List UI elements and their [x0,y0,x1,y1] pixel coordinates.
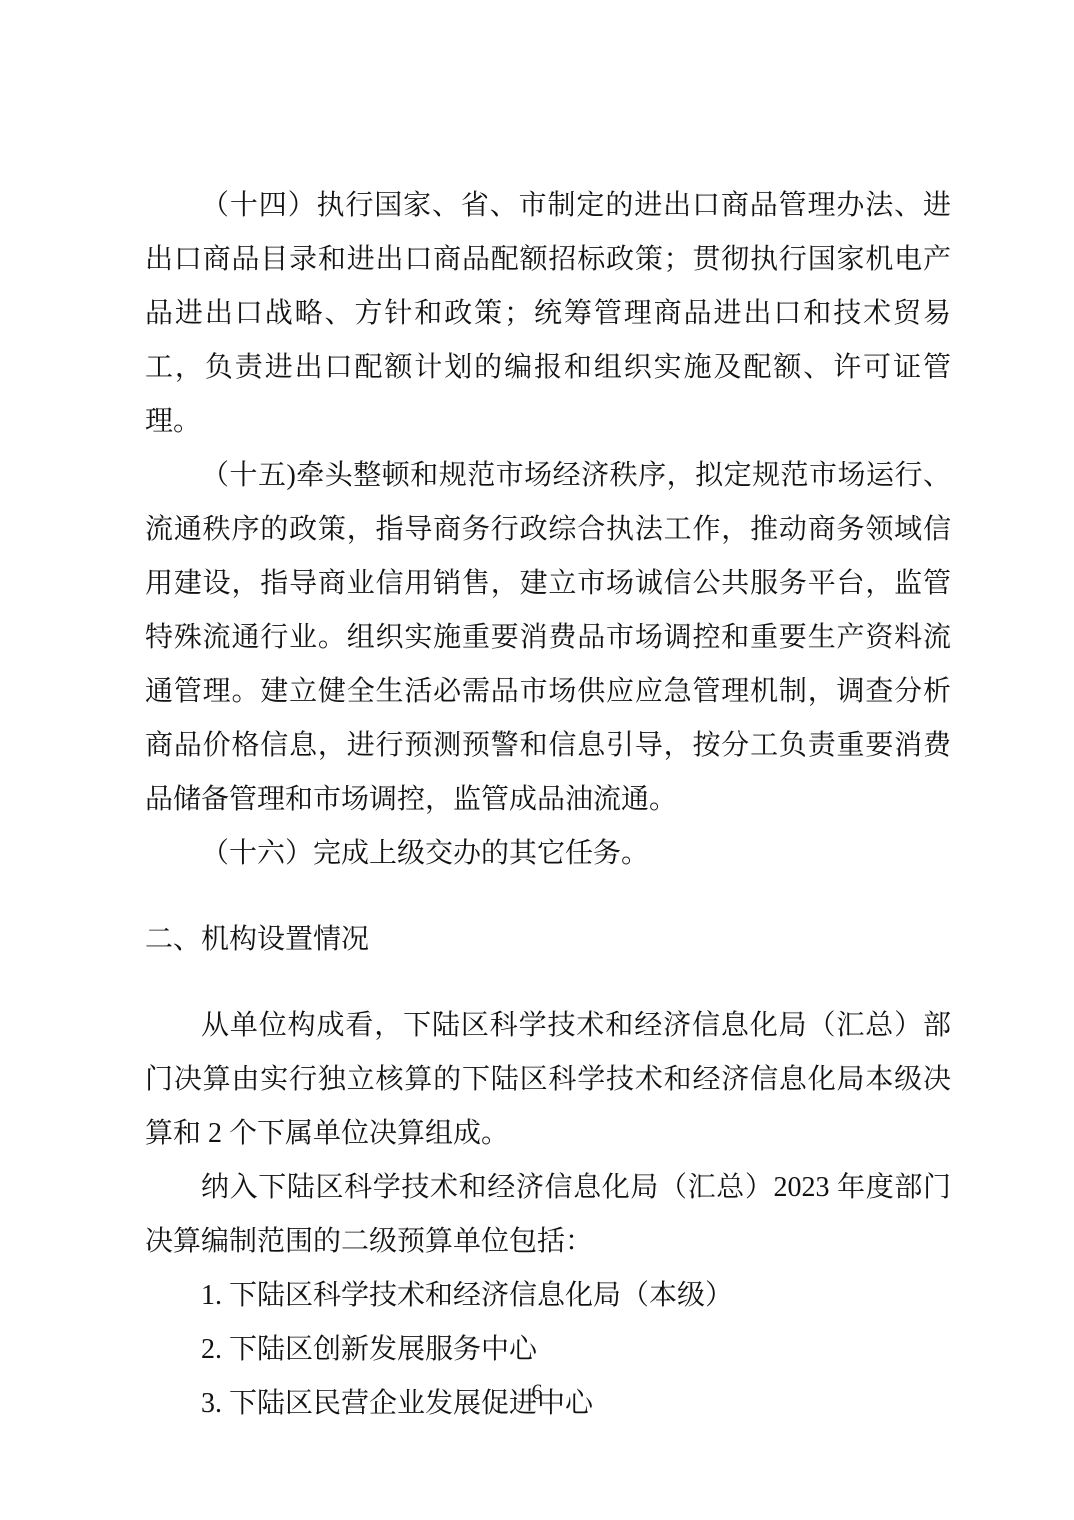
paragraph-duty-14: （十四）执行国家、省、市制定的进出口商品管理办法、进出口商品目录和进出口商品配额… [145,179,951,449]
paragraph-duty-16: （十六）完成上级交办的其它任务。 [145,827,951,881]
list-item-unit-1: 1. 下陆区科学技术和经济信息化局（本级） [145,1269,951,1323]
paragraph-unit-composition: 从单位构成看，下陆区科学技术和经济信息化局（汇总）部门决算由实行独立核算的下陆区… [145,999,951,1161]
paragraph-duty-15: （十五)牵头整顿和规范市场经济秩序，拟定规范市场运行、流通秩序的政策，指导商务行… [145,449,951,827]
section-heading-organization: 二、机构设置情况 [145,913,951,967]
page-footer: 6 [0,1378,1074,1406]
page-number: 6 [532,1379,543,1404]
document-page: （十四）执行国家、省、市制定的进出口商品管理办法、进出口商品目录和进出口商品配额… [145,179,951,1431]
paragraph-budget-scope: 纳入下陆区科学技术和经济信息化局（汇总）2023 年度部门决算编制范围的二级预算… [145,1161,951,1269]
list-item-unit-2: 2. 下陆区创新发展服务中心 [145,1323,951,1377]
